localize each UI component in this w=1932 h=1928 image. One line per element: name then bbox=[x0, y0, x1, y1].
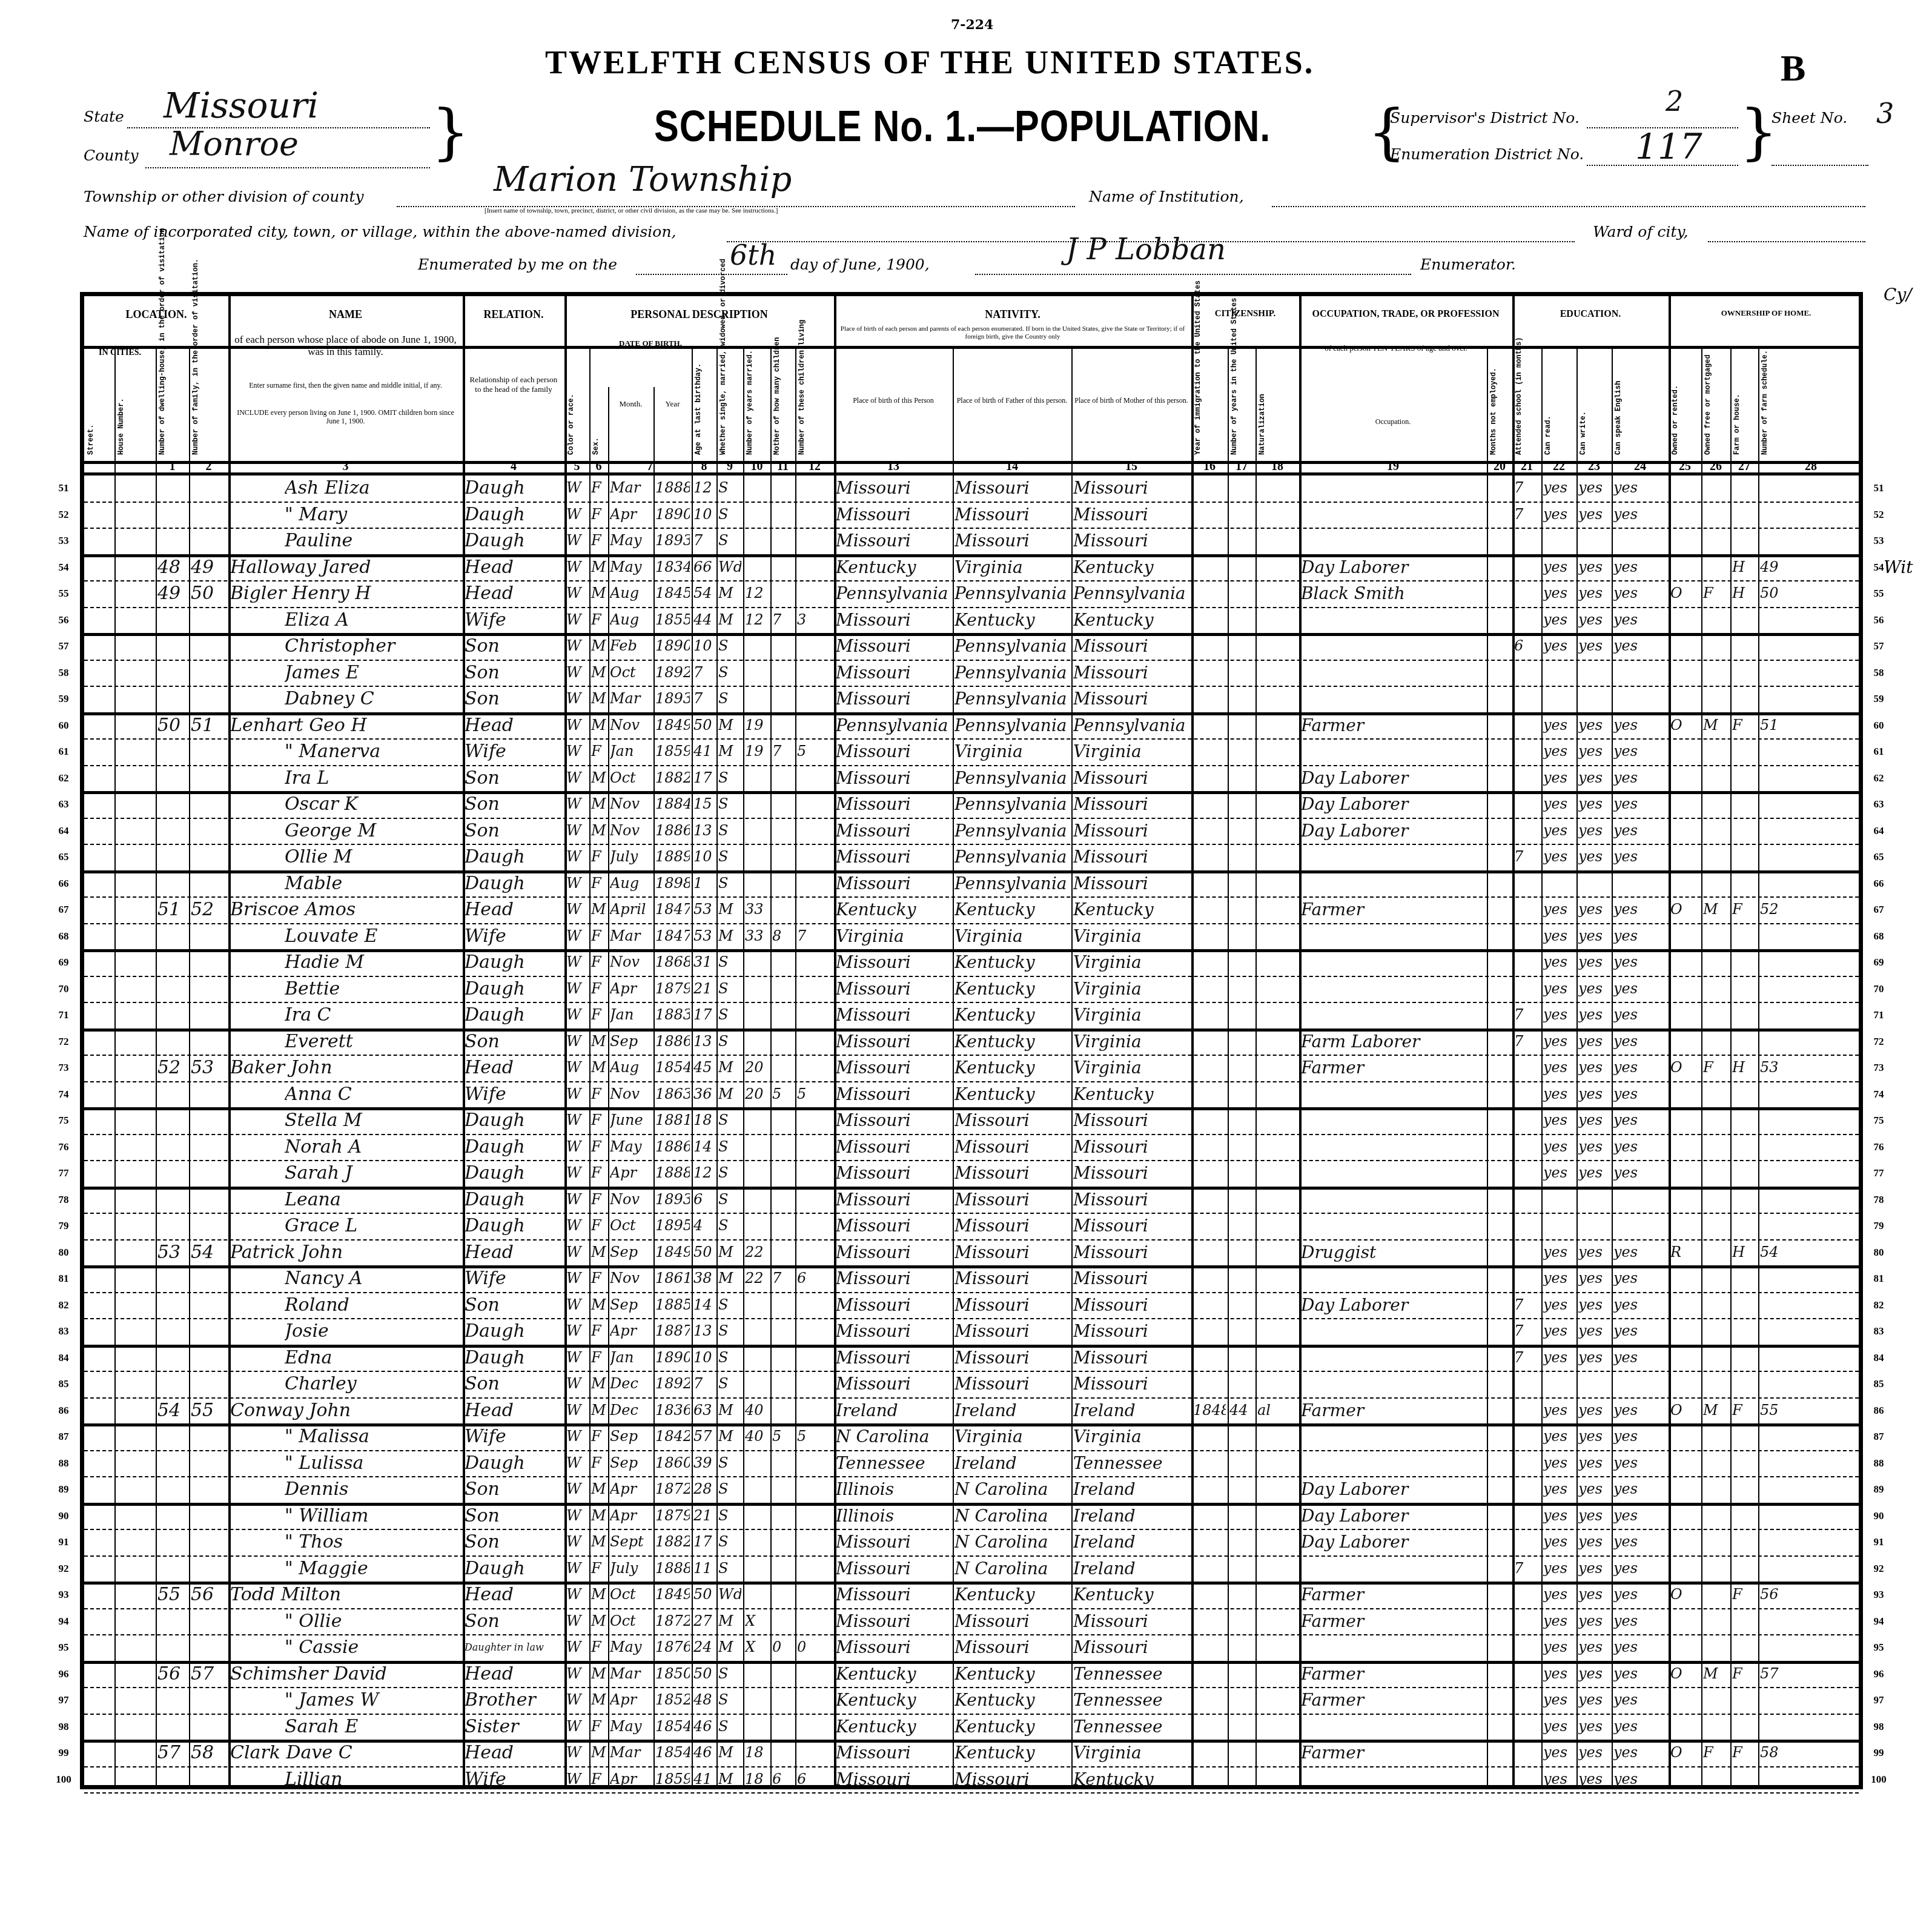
cell-free bbox=[1703, 923, 1729, 950]
cell-living bbox=[797, 976, 832, 1002]
cell-free bbox=[1703, 1318, 1729, 1345]
cell-imm bbox=[1193, 1714, 1226, 1740]
cell-read: yes bbox=[1543, 1265, 1575, 1292]
column-divider bbox=[692, 346, 693, 1785]
cell-write: yes bbox=[1578, 1661, 1610, 1688]
cell-color: W bbox=[566, 1055, 587, 1081]
cell-name: Conway John bbox=[230, 1397, 461, 1424]
cell-rel: Head bbox=[465, 554, 563, 581]
cell-ym bbox=[745, 765, 769, 792]
cell-occ bbox=[1301, 502, 1485, 528]
cell-pob: Missouri bbox=[836, 1371, 951, 1397]
cell-fsch bbox=[1760, 1450, 1862, 1477]
cell-pob: Missouri bbox=[836, 1107, 951, 1134]
cell-pobm: Kentucky bbox=[1073, 1081, 1189, 1108]
cell-dw bbox=[157, 1634, 187, 1661]
cell-street bbox=[86, 633, 113, 660]
cell-imm bbox=[1193, 528, 1226, 554]
cell-yrs bbox=[1229, 1107, 1254, 1134]
cell-unemp bbox=[1489, 580, 1510, 607]
month-header: Month. bbox=[608, 399, 653, 409]
cell-sex: F bbox=[591, 502, 606, 528]
cell-nat bbox=[1257, 502, 1297, 528]
cell-month: April bbox=[610, 896, 652, 923]
enumerated-day-field[interactable]: 6th bbox=[636, 257, 787, 275]
cell-sex: M bbox=[591, 633, 606, 660]
cell-ym bbox=[745, 1187, 769, 1213]
relation-description: Relationship of each person to the head … bbox=[466, 375, 561, 394]
cell-fam bbox=[191, 1634, 227, 1661]
cell-fsch bbox=[1760, 633, 1862, 660]
cell-free bbox=[1703, 1187, 1729, 1213]
cell-color: W bbox=[566, 1740, 587, 1766]
line-number: 52 bbox=[1867, 509, 1891, 521]
cell-month: Oct bbox=[610, 765, 652, 792]
cell-rel: Wife bbox=[465, 1265, 563, 1292]
cell-rel: Daugh bbox=[465, 475, 563, 502]
cell-fsch bbox=[1760, 475, 1862, 502]
sheet-value: 3 bbox=[1876, 97, 1894, 130]
cell-own bbox=[1670, 686, 1699, 712]
cell-imm bbox=[1193, 1582, 1226, 1608]
cell-pob: Missouri bbox=[836, 633, 951, 660]
cell-farm bbox=[1732, 1503, 1756, 1529]
cell-year: 1861 bbox=[655, 1265, 690, 1292]
cell-house bbox=[116, 1213, 154, 1239]
cell-pobf: Missouri bbox=[954, 1634, 1070, 1661]
cell-street bbox=[86, 554, 113, 581]
line-number: 54 bbox=[51, 562, 76, 574]
cell-school bbox=[1514, 976, 1540, 1002]
cell-eng: yes bbox=[1613, 1555, 1667, 1582]
cell-occ bbox=[1301, 475, 1485, 502]
cell-read bbox=[1543, 686, 1575, 712]
vertical-header-read: Can read. bbox=[1544, 353, 1574, 455]
cell-nat bbox=[1257, 791, 1297, 818]
cell-dw bbox=[157, 949, 187, 976]
cell-write: yes bbox=[1578, 1081, 1610, 1108]
cell-pobm: Missouri bbox=[1073, 870, 1189, 897]
cell-own: O bbox=[1670, 1582, 1699, 1608]
county-field[interactable]: Monroe bbox=[145, 149, 430, 168]
cell-own bbox=[1670, 1476, 1699, 1503]
cell-mar: S bbox=[718, 660, 741, 686]
cell-nat bbox=[1257, 1371, 1297, 1397]
cell-occ bbox=[1301, 1134, 1485, 1161]
cell-unemp bbox=[1489, 1371, 1510, 1397]
cell-pobm: Virginia bbox=[1073, 1029, 1189, 1055]
cell-living bbox=[797, 1134, 832, 1161]
cell-nat bbox=[1257, 1423, 1297, 1450]
line-number: 61 bbox=[51, 746, 76, 758]
cell-pob: Missouri bbox=[836, 1345, 951, 1371]
cell-month: Aug bbox=[610, 870, 652, 897]
cell-free bbox=[1703, 1766, 1729, 1793]
cell-pobm: Virginia bbox=[1073, 1423, 1189, 1450]
cell-street bbox=[86, 765, 113, 792]
cell-pob: Missouri bbox=[836, 818, 951, 844]
cell-pobm: Missouri bbox=[1073, 765, 1189, 792]
cell-mar: S bbox=[718, 1029, 741, 1055]
cell-fsch: 53 bbox=[1760, 1055, 1862, 1081]
cell-unemp bbox=[1489, 738, 1510, 765]
cell-yrs bbox=[1229, 554, 1254, 581]
cell-eng bbox=[1613, 528, 1667, 554]
cell-eng: yes bbox=[1613, 1714, 1667, 1740]
cell-school bbox=[1514, 870, 1540, 897]
cell-unemp bbox=[1489, 1029, 1510, 1055]
cell-ym bbox=[745, 791, 769, 818]
cell-sex: F bbox=[591, 1187, 606, 1213]
cell-own bbox=[1670, 1029, 1699, 1055]
cell-own bbox=[1670, 844, 1699, 870]
cell-rel: Daugh bbox=[465, 1187, 563, 1213]
cell-fam: 55 bbox=[191, 1397, 227, 1424]
ward-field[interactable] bbox=[1708, 224, 1865, 242]
cell-occ bbox=[1301, 1187, 1485, 1213]
cell-own: O bbox=[1670, 1397, 1699, 1424]
cell-rel: Head bbox=[465, 1582, 563, 1608]
vertical-header-children-living: Number of these children living bbox=[798, 353, 832, 455]
cell-pobf: Kentucky bbox=[954, 1714, 1070, 1740]
cell-mar: M bbox=[718, 1423, 741, 1450]
cell-dw bbox=[157, 1714, 187, 1740]
cell-farm bbox=[1732, 1529, 1756, 1555]
cell-read: yes bbox=[1543, 1081, 1575, 1108]
cell-unemp bbox=[1489, 1529, 1510, 1555]
cell-house bbox=[116, 1187, 154, 1213]
cell-rel: Son bbox=[465, 1371, 563, 1397]
cell-house bbox=[116, 633, 154, 660]
cell-write: yes bbox=[1578, 1345, 1610, 1371]
cell-age: 14 bbox=[693, 1134, 715, 1161]
institution-field[interactable] bbox=[1272, 189, 1865, 207]
cell-month: Jan bbox=[610, 1002, 652, 1029]
line-number: 56 bbox=[51, 614, 76, 626]
cell-farm bbox=[1732, 502, 1756, 528]
cell-fsch bbox=[1760, 1345, 1862, 1371]
cell-own bbox=[1670, 1265, 1699, 1292]
cell-imm bbox=[1193, 1002, 1226, 1029]
cell-fam bbox=[191, 1292, 227, 1319]
cell-imm bbox=[1193, 607, 1226, 634]
cell-pobf: Missouri bbox=[954, 1239, 1070, 1266]
enumerator-signature-field[interactable]: J P Lobban bbox=[975, 257, 1411, 275]
cell-year: 1849 bbox=[655, 712, 690, 739]
cell-nat bbox=[1257, 1213, 1297, 1239]
cell-free bbox=[1703, 1450, 1729, 1477]
cell-house bbox=[116, 1292, 154, 1319]
line-number: 90 bbox=[51, 1510, 76, 1522]
cell-name: Schimsher David bbox=[230, 1661, 461, 1688]
cell-mar: S bbox=[718, 1345, 741, 1371]
line-number: 96 bbox=[1867, 1668, 1891, 1680]
cell-write: yes bbox=[1578, 1555, 1610, 1582]
cell-rel: Head bbox=[465, 1661, 563, 1688]
cell-mar: S bbox=[718, 1714, 741, 1740]
vertical-header-house: House Number. bbox=[117, 375, 153, 455]
enumeration-field[interactable]: 117 bbox=[1587, 148, 1738, 166]
cell-dw bbox=[157, 1002, 187, 1029]
cell-street bbox=[86, 1529, 113, 1555]
cell-farm bbox=[1732, 1318, 1756, 1345]
cell-fsch: 50 bbox=[1760, 580, 1862, 607]
cell-pobf: Missouri bbox=[954, 1766, 1070, 1793]
cell-school: 7 bbox=[1514, 502, 1540, 528]
cell-mar: S bbox=[718, 844, 741, 870]
cell-house bbox=[116, 1423, 154, 1450]
cell-living bbox=[797, 1582, 832, 1608]
cell-house bbox=[116, 1397, 154, 1424]
cell-yrs bbox=[1229, 1318, 1254, 1345]
cell-pob: Pennsylvania bbox=[836, 712, 951, 739]
line-number: 85 bbox=[51, 1378, 76, 1390]
cell-month: Oct bbox=[610, 1213, 652, 1239]
cell-year: 1895 bbox=[655, 1213, 690, 1239]
cell-dw bbox=[157, 1687, 187, 1714]
cell-sex: F bbox=[591, 1002, 606, 1029]
enumerated-prefix: Enumerated by me on the bbox=[418, 256, 617, 273]
cell-street bbox=[86, 1503, 113, 1529]
line-number: 70 bbox=[1867, 983, 1891, 995]
cell-month: May bbox=[610, 1134, 652, 1161]
cell-school bbox=[1514, 1081, 1540, 1108]
cell-rel: Daugh bbox=[465, 502, 563, 528]
cell-yrs bbox=[1229, 1423, 1254, 1450]
cell-eng: yes bbox=[1613, 976, 1667, 1002]
cell-name: Lenhart Geo H bbox=[230, 712, 461, 739]
cell-imm bbox=[1193, 1503, 1226, 1529]
cell-free bbox=[1703, 1529, 1729, 1555]
cell-rel: Head bbox=[465, 1055, 563, 1081]
cell-ym bbox=[745, 844, 769, 870]
cell-mar: S bbox=[718, 686, 741, 712]
cell-fsch: 49 bbox=[1760, 554, 1862, 581]
cell-yrs bbox=[1229, 1555, 1254, 1582]
cell-street bbox=[86, 1555, 113, 1582]
cell-mar: M bbox=[718, 738, 741, 765]
cell-occ: Farmer bbox=[1301, 1661, 1485, 1688]
cell-free bbox=[1703, 1687, 1729, 1714]
cell-color: W bbox=[566, 528, 587, 554]
cell-street bbox=[86, 1397, 113, 1424]
cell-color: W bbox=[566, 686, 587, 712]
cell-moc bbox=[772, 1029, 793, 1055]
cell-age: 53 bbox=[693, 896, 715, 923]
cell-ym bbox=[745, 1292, 769, 1319]
cell-pobf: N Carolina bbox=[954, 1476, 1070, 1503]
township-field[interactable]: Marion Township bbox=[397, 189, 1075, 207]
cell-age: 7 bbox=[693, 1371, 715, 1397]
cell-nat bbox=[1257, 1002, 1297, 1029]
cell-mar: S bbox=[718, 1529, 741, 1555]
column-divider bbox=[743, 346, 744, 1785]
cell-street bbox=[86, 1423, 113, 1450]
vertical-header-farm-schedule: Number of farm schedule. bbox=[1761, 353, 1861, 455]
cell-mar: S bbox=[718, 1187, 741, 1213]
cell-own bbox=[1670, 1634, 1699, 1661]
cell-year: 1879 bbox=[655, 976, 690, 1002]
cell-moc: 5 bbox=[772, 1423, 793, 1450]
cell-pob: Missouri bbox=[836, 1634, 951, 1661]
margin-note-top-right: Cy/ bbox=[1884, 285, 1912, 305]
cell-write bbox=[1578, 870, 1610, 897]
cell-read: yes bbox=[1543, 1476, 1575, 1503]
cell-read bbox=[1543, 660, 1575, 686]
cell-unemp bbox=[1489, 791, 1510, 818]
cell-unemp bbox=[1489, 1608, 1510, 1635]
cell-age: 10 bbox=[693, 633, 715, 660]
cell-imm bbox=[1193, 1555, 1226, 1582]
cell-dw bbox=[157, 1555, 187, 1582]
cell-ym bbox=[745, 1582, 769, 1608]
cell-color: W bbox=[566, 1029, 587, 1055]
cell-fam: 58 bbox=[191, 1740, 227, 1766]
line-number: 80 bbox=[51, 1247, 76, 1259]
cell-month: Mar bbox=[610, 1740, 652, 1766]
cell-yrs bbox=[1229, 1582, 1254, 1608]
cell-imm bbox=[1193, 1740, 1226, 1766]
state-label: State bbox=[84, 108, 124, 125]
line-number: 82 bbox=[51, 1299, 76, 1311]
line-number: 67 bbox=[1867, 904, 1891, 916]
cell-yrs bbox=[1229, 686, 1254, 712]
cell-pob: Missouri bbox=[836, 1740, 951, 1766]
cell-fam bbox=[191, 1345, 227, 1371]
cell-month: Apr bbox=[610, 976, 652, 1002]
cell-pob: Missouri bbox=[836, 765, 951, 792]
cell-school: 7 bbox=[1514, 1555, 1540, 1582]
cell-own bbox=[1670, 870, 1699, 897]
cell-name: Briscoe Amos bbox=[230, 896, 461, 923]
cell-mar: M bbox=[718, 1055, 741, 1081]
cell-write: yes bbox=[1578, 1450, 1610, 1477]
cell-pobf: Missouri bbox=[954, 1187, 1070, 1213]
line-number: 86 bbox=[51, 1405, 76, 1417]
cell-school bbox=[1514, 580, 1540, 607]
cell-moc bbox=[772, 1371, 793, 1397]
cell-fsch bbox=[1760, 1476, 1862, 1503]
cell-moc bbox=[772, 976, 793, 1002]
cell-street bbox=[86, 1608, 113, 1635]
cell-moc bbox=[772, 1345, 793, 1371]
cell-farm bbox=[1732, 660, 1756, 686]
cell-unemp bbox=[1489, 923, 1510, 950]
cell-ym bbox=[745, 1134, 769, 1161]
cell-house bbox=[116, 1476, 154, 1503]
cell-month: Sept bbox=[610, 1529, 652, 1555]
cell-month: Nov bbox=[610, 1187, 652, 1213]
cell-ym bbox=[745, 1371, 769, 1397]
cell-living bbox=[797, 633, 832, 660]
cell-read: yes bbox=[1543, 1634, 1575, 1661]
cell-fam bbox=[191, 528, 227, 554]
cell-mar: M bbox=[718, 1608, 741, 1635]
cell-eng: yes bbox=[1613, 896, 1667, 923]
cell-moc: 5 bbox=[772, 1081, 793, 1108]
cell-rel: Daugh bbox=[465, 528, 563, 554]
cell-mar: S bbox=[718, 502, 741, 528]
line-number: 98 bbox=[1867, 1721, 1891, 1733]
cell-house bbox=[116, 1582, 154, 1608]
cell-pobm: Missouri bbox=[1073, 1634, 1189, 1661]
cell-fsch bbox=[1760, 528, 1862, 554]
cell-dw bbox=[157, 1081, 187, 1108]
cell-year: 1847 bbox=[655, 896, 690, 923]
vertical-header-school: Attended school (in months) bbox=[1515, 353, 1539, 455]
cell-rel: Brother bbox=[465, 1687, 563, 1714]
cell-age: 1 bbox=[693, 870, 715, 897]
cell-imm bbox=[1193, 1345, 1226, 1371]
cell-rel: Daugh bbox=[465, 1002, 563, 1029]
line-number: 83 bbox=[51, 1325, 76, 1337]
cell-pobf: Pennsylvania bbox=[954, 870, 1070, 897]
cell-pob: Missouri bbox=[836, 475, 951, 502]
cell-pob: Missouri bbox=[836, 1213, 951, 1239]
cell-write: yes bbox=[1578, 1476, 1610, 1503]
cell-mar: S bbox=[718, 1661, 741, 1688]
line-number: 75 bbox=[1867, 1115, 1891, 1127]
cell-yrs bbox=[1229, 1002, 1254, 1029]
cell-fam bbox=[191, 765, 227, 792]
cell-mar: M bbox=[718, 580, 741, 607]
cell-month: Nov bbox=[610, 791, 652, 818]
cell-nat: al bbox=[1257, 1397, 1297, 1424]
cell-moc bbox=[772, 528, 793, 554]
cell-school bbox=[1514, 712, 1540, 739]
cell-rel: Head bbox=[465, 896, 563, 923]
cell-free bbox=[1703, 818, 1729, 844]
cell-yrs bbox=[1229, 738, 1254, 765]
cell-year: 1854 bbox=[655, 1055, 690, 1081]
vertical-header-mother-of: Mother of how many children bbox=[773, 353, 793, 455]
cell-own bbox=[1670, 1292, 1699, 1319]
cell-eng: yes bbox=[1613, 554, 1667, 581]
cell-farm bbox=[1732, 475, 1756, 502]
cell-write: yes bbox=[1578, 1529, 1610, 1555]
cell-farm: F bbox=[1732, 896, 1756, 923]
cell-age: 41 bbox=[693, 1766, 715, 1793]
cell-write: yes bbox=[1578, 1687, 1610, 1714]
cell-farm bbox=[1732, 1160, 1756, 1187]
cell-nat bbox=[1257, 1055, 1297, 1081]
cell-moc bbox=[772, 1529, 793, 1555]
cell-age: 41 bbox=[693, 738, 715, 765]
cell-age: 17 bbox=[693, 1529, 715, 1555]
cell-pobf: N Carolina bbox=[954, 1555, 1070, 1582]
cell-age: 21 bbox=[693, 976, 715, 1002]
cell-imm bbox=[1193, 738, 1226, 765]
cell-color: W bbox=[566, 554, 587, 581]
cell-unemp bbox=[1489, 1450, 1510, 1477]
cell-color: W bbox=[566, 1371, 587, 1397]
column-divider bbox=[1701, 346, 1702, 1785]
cell-eng bbox=[1613, 1213, 1667, 1239]
cell-imm bbox=[1193, 1476, 1226, 1503]
cell-sex: M bbox=[591, 580, 606, 607]
census-title: TWELFTH CENSUS OF THE UNITED STATES. bbox=[545, 44, 1314, 81]
cell-own bbox=[1670, 528, 1699, 554]
line-number: 95 bbox=[1867, 1641, 1891, 1654]
cell-rel: Wife bbox=[465, 1766, 563, 1793]
cell-sex: F bbox=[591, 923, 606, 950]
cell-school bbox=[1514, 607, 1540, 634]
cell-mar: S bbox=[718, 1555, 741, 1582]
group-relation: RELATION. bbox=[463, 308, 564, 322]
cell-age: 18 bbox=[693, 1107, 715, 1134]
cell-living bbox=[797, 1160, 832, 1187]
cell-month: Dec bbox=[610, 1397, 652, 1424]
